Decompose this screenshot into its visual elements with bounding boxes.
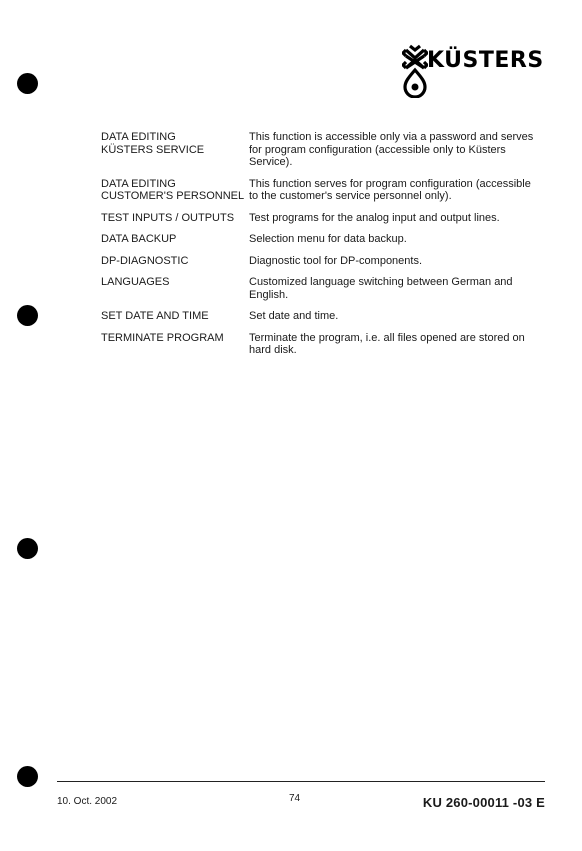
function-name: DATA EDITINGCUSTOMER'S PERSONNEL	[101, 178, 249, 203]
function-description: Selection menu for data backup.	[249, 233, 541, 246]
function-name: DP-DIAGNOSTIC	[101, 255, 249, 268]
function-name-line: LANGUAGES	[101, 276, 249, 289]
function-name: TERMINATE PROGRAM	[101, 332, 249, 357]
function-name: DATA EDITINGKÜSTERS SERVICE	[101, 131, 249, 169]
function-description: This function serves for program configu…	[249, 178, 541, 203]
function-row: SET DATE AND TIMESet date and time.	[101, 310, 541, 323]
function-description: This function is accessible only via a p…	[249, 131, 541, 169]
function-name-line: KÜSTERS SERVICE	[101, 144, 249, 157]
function-table: DATA EDITINGKÜSTERS SERVICEThis function…	[101, 131, 541, 366]
function-row: TERMINATE PROGRAMTerminate the program, …	[101, 332, 541, 357]
function-name: SET DATE AND TIME	[101, 310, 249, 323]
function-row: DATA EDITINGKÜSTERS SERVICEThis function…	[101, 131, 541, 169]
function-row: TEST INPUTS / OUTPUTSTest programs for t…	[101, 212, 541, 225]
function-name: TEST INPUTS / OUTPUTS	[101, 212, 249, 225]
punch-hole	[17, 305, 38, 326]
footer-rule	[57, 781, 545, 782]
brand-logo: KÜSTERS	[402, 44, 552, 100]
function-row: LANGUAGESCustomized language switching b…	[101, 276, 541, 301]
function-name-line: TERMINATE PROGRAM	[101, 332, 249, 345]
function-description: Customized language switching between Ge…	[249, 276, 541, 301]
function-row: DATA EDITINGCUSTOMER'S PERSONNELThis fun…	[101, 178, 541, 203]
function-description: Test programs for the analog input and o…	[249, 212, 541, 225]
function-name: LANGUAGES	[101, 276, 249, 301]
footer-date: 10. Oct. 2002	[57, 796, 117, 807]
function-description: Diagnostic tool for DP-components.	[249, 255, 541, 268]
function-name-line: DATA EDITING	[101, 178, 249, 191]
document-number: KU 260-00011 -03 E	[423, 795, 545, 810]
punch-hole	[17, 766, 38, 787]
function-name-line: CUSTOMER'S PERSONNEL	[101, 190, 249, 203]
function-name-line: DATA EDITING	[101, 131, 249, 144]
function-name-line: SET DATE AND TIME	[101, 310, 249, 323]
function-row: DP-DIAGNOSTICDiagnostic tool for DP-comp…	[101, 255, 541, 268]
function-name-line: DATA BACKUP	[101, 233, 249, 246]
page-number: 74	[289, 793, 300, 804]
punch-hole	[17, 73, 38, 94]
function-name: DATA BACKUP	[101, 233, 249, 246]
function-row: DATA BACKUPSelection menu for data backu…	[101, 233, 541, 246]
function-description: Terminate the program, i.e. all files op…	[249, 332, 541, 357]
function-name-line: TEST INPUTS / OUTPUTS	[101, 212, 249, 225]
kusters-knot-logo-icon	[402, 44, 428, 98]
function-name-line: DP-DIAGNOSTIC	[101, 255, 249, 268]
punch-hole	[17, 538, 38, 559]
function-description: Set date and time.	[249, 310, 541, 323]
brand-name: KÜSTERS	[427, 48, 544, 73]
